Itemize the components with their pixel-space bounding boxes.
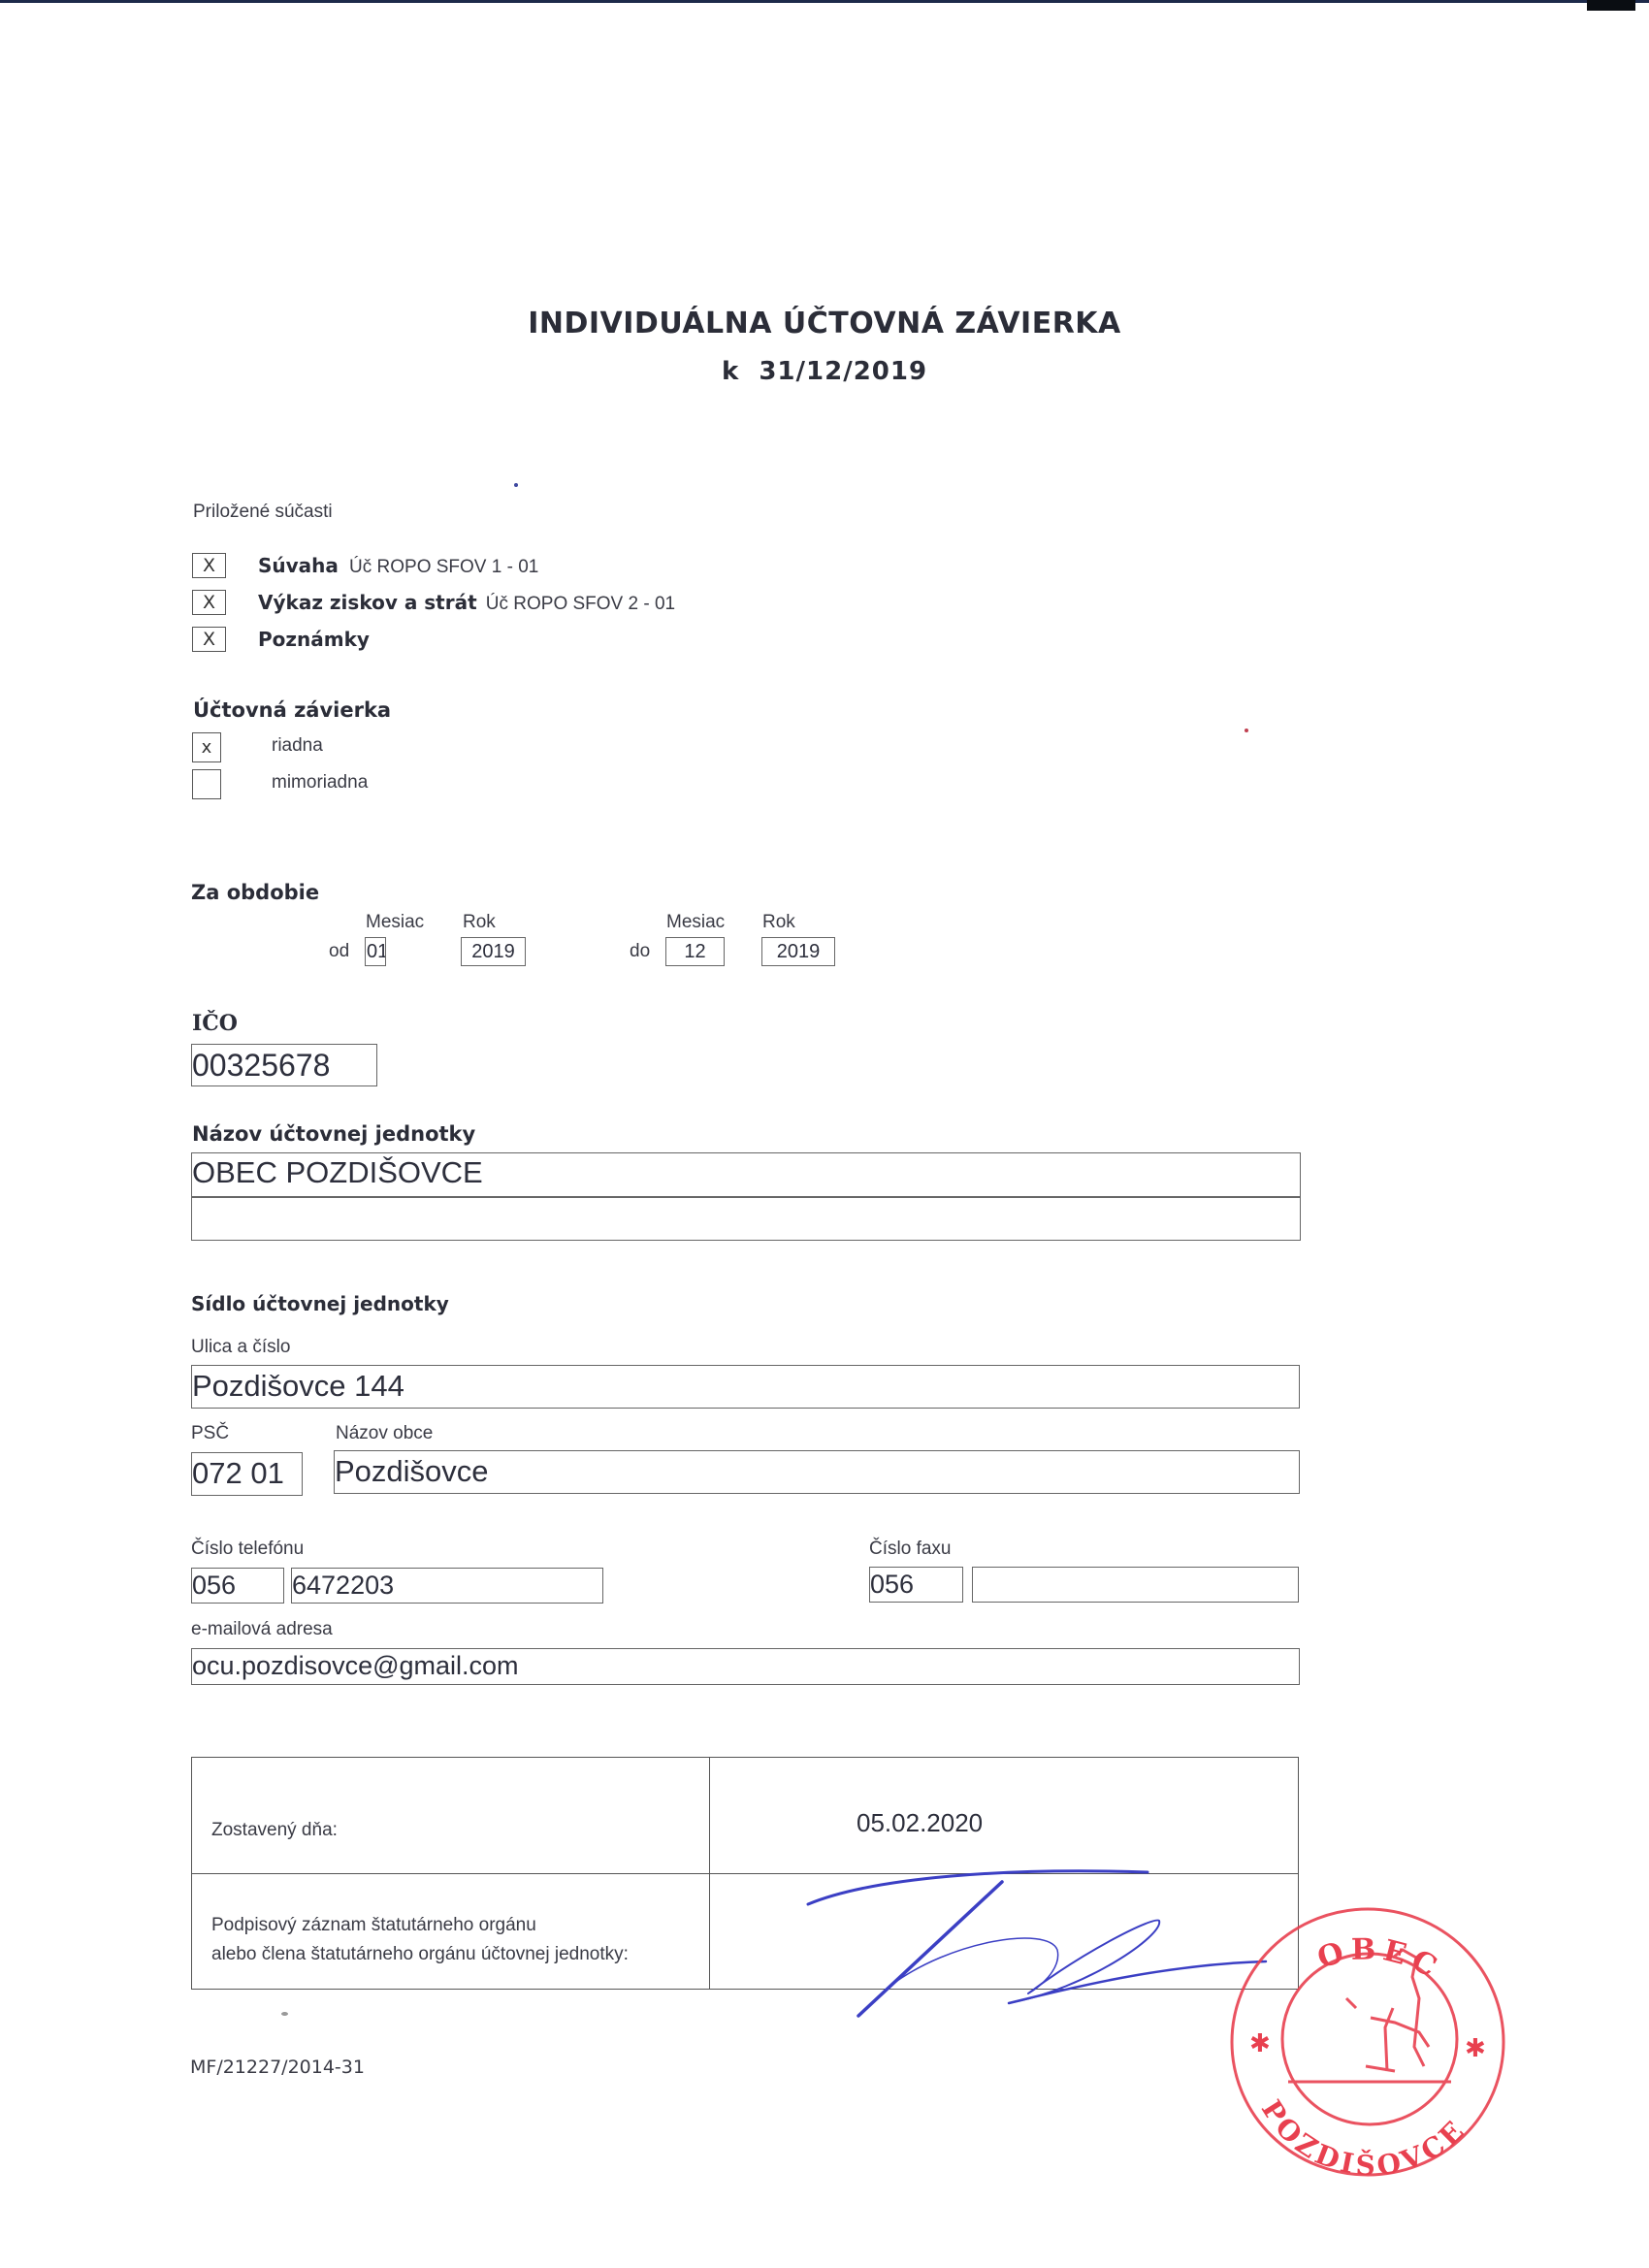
phone-prefix-field[interactable]: 056 — [191, 1568, 284, 1604]
phone-label: Číslo telefónu — [191, 1539, 304, 1560]
signature-label-line1: Podpisový záznam štatutárneho orgánu — [211, 1915, 536, 1936]
street-label: Ulica a číslo — [191, 1337, 290, 1358]
entity-name-label: Názov účtovnej jednotky — [192, 1122, 475, 1146]
scan-speck — [281, 2012, 288, 2016]
statement-type-label: Účtovná závierka — [193, 698, 391, 722]
statement-type-option-label: mimoriadna — [272, 772, 368, 794]
city-label: Názov obce — [336, 1423, 433, 1444]
attachments-label: Priložené súčasti — [193, 502, 333, 523]
signature-table: Zostavený dňa: 05.02.2020 Podpisový zázn… — [191, 1757, 1299, 1990]
attachment-code: Úč ROPO SFOV 2 - 01 — [486, 594, 675, 614]
table-divider-vertical — [709, 1758, 710, 1989]
from-month-label: Mesiac — [366, 912, 424, 933]
stamp-star-icon: ✱ — [1465, 2034, 1486, 2063]
stamp-star-icon: ✱ — [1249, 2029, 1271, 2058]
city-field[interactable]: Pozdišovce — [334, 1450, 1300, 1494]
table-divider-horizontal — [192, 1873, 1298, 1874]
from-year-label: Rok — [463, 912, 496, 933]
fax-number-field[interactable] — [972, 1567, 1299, 1603]
to-month-label: Mesiac — [666, 912, 725, 933]
period-label: Za obdobie — [191, 881, 319, 904]
fax-label: Číslo faxu — [869, 1539, 951, 1560]
compiled-date-value: 05.02.2020 — [857, 1808, 983, 1838]
to-year-field[interactable]: 2019 — [761, 937, 835, 966]
signature-label-line2: alebo člena štatutárneho orgánu účtovnej… — [211, 1944, 629, 1965]
statement-type-checkbox-extraordinary[interactable] — [192, 769, 221, 799]
statement-type-option-label: riadna — [272, 735, 323, 757]
address-label: Sídlo účtovnej jednotky — [191, 1292, 449, 1315]
attachment-checkbox[interactable]: X — [192, 553, 226, 578]
psc-field[interactable]: 072 01 — [191, 1452, 303, 1496]
statement-type-checkbox-regular[interactable]: x — [192, 732, 221, 762]
stamp-bottom-text: POZDIŠOVCE — [1255, 2094, 1472, 2182]
attachment-checkbox[interactable]: X — [192, 590, 226, 615]
attachment-name: Poznámky — [258, 628, 370, 651]
document-title: INDIVIDUÁLNA ÚČTOVNÁ ZÁVIERKA — [0, 307, 1649, 340]
ico-field[interactable]: 00325678 — [191, 1044, 377, 1086]
phone-number-field[interactable]: 6472203 — [291, 1568, 603, 1604]
fax-prefix-field[interactable]: 056 — [869, 1567, 963, 1603]
scan-speck — [1245, 729, 1248, 732]
compiled-date-label: Zostavený dňa: — [211, 1820, 338, 1841]
stamp-top-text: OBEC — [1313, 1932, 1447, 1987]
attachment-code: Úč ROPO SFOV 1 - 01 — [349, 557, 538, 577]
scan-speck — [514, 483, 518, 487]
email-field[interactable]: ocu.pozdisovce@gmail.com — [191, 1648, 1300, 1685]
ico-label: IČO — [192, 1011, 238, 1036]
to-month-field[interactable]: 12 — [665, 937, 725, 966]
document-date: k 31/12/2019 — [0, 357, 1649, 386]
from-label: od — [329, 941, 349, 962]
svg-text:POZDIŠOVCE: POZDIŠOVCE — [1255, 2094, 1472, 2182]
scan-artifact-block — [1587, 0, 1635, 11]
psc-label: PSČ — [191, 1423, 229, 1444]
to-label: do — [630, 941, 650, 962]
official-stamp: OBEC POZDIŠOVCE ✱ ✱ — [1220, 1901, 1516, 2183]
svg-text:OBEC: OBEC — [1313, 1932, 1447, 1987]
email-label: e-mailová adresa — [191, 1619, 333, 1640]
street-field[interactable]: Pozdišovce 144 — [191, 1365, 1300, 1409]
attachment-name: Výkaz ziskov a strát — [258, 591, 477, 614]
entity-name-field-line2[interactable] — [191, 1197, 1301, 1241]
form-code: MF/21227/2014-31 — [190, 2057, 365, 2078]
from-month-field[interactable]: 01 — [365, 937, 386, 966]
scan-border-top — [0, 0, 1649, 3]
to-year-label: Rok — [762, 912, 795, 933]
attachment-checkbox[interactable]: X — [192, 627, 226, 652]
entity-name-field-line1[interactable]: OBEC POZDIŠOVCE — [191, 1152, 1301, 1197]
attachment-name: Súvaha — [258, 554, 339, 577]
from-year-field[interactable]: 2019 — [461, 937, 526, 966]
